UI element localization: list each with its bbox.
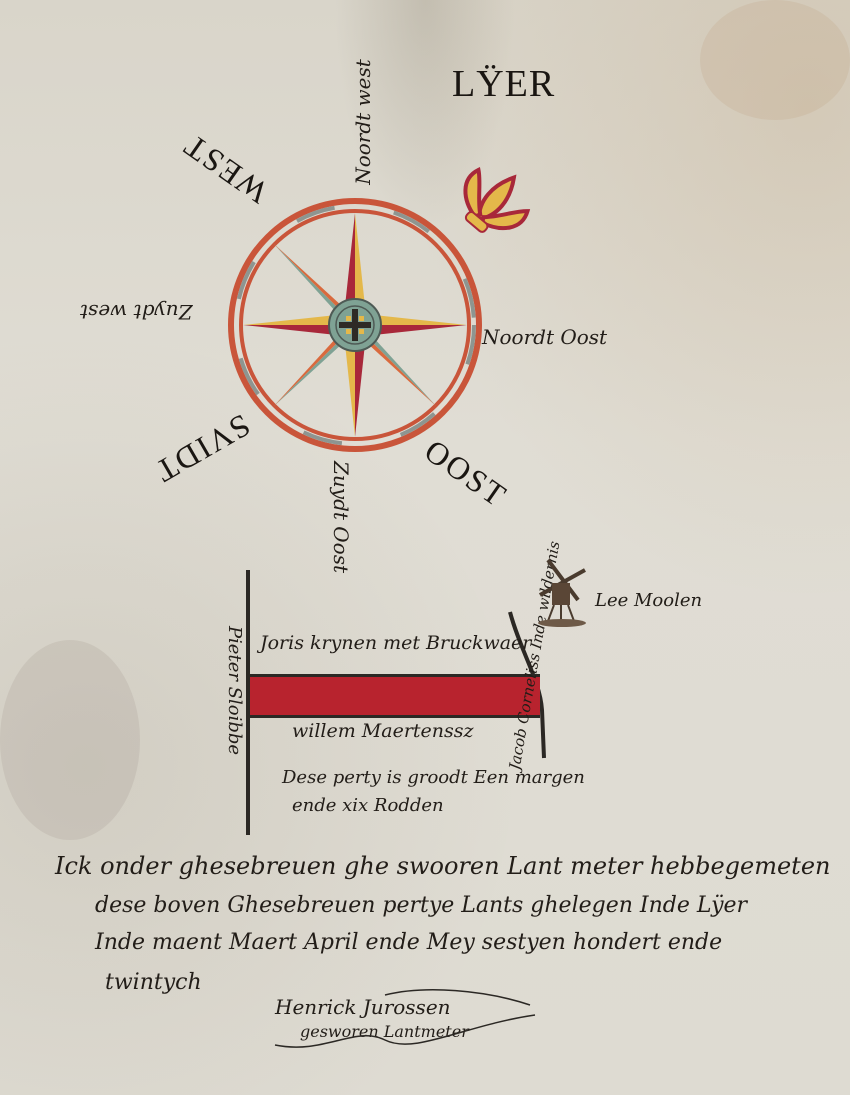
paper-stain	[700, 0, 850, 120]
paper-stain	[0, 640, 140, 840]
label-northeast: Noordt Oost	[482, 325, 607, 349]
map-title: LŸER	[452, 62, 555, 106]
fleur-de-lis-icon	[435, 162, 535, 257]
label-north-neighbor: Joris krynen met Bruckwaer	[260, 632, 531, 654]
certification-line4: twintych	[105, 970, 202, 995]
certification-line1: Ick onder ghesebreuen ghe swooren Lant m…	[55, 852, 830, 880]
windmill-icon	[530, 555, 595, 630]
label-west-neighbor: Pieter Sloibbe	[224, 626, 245, 755]
label-southwest: Zuydt west	[80, 300, 193, 324]
parcel-area[interactable]	[250, 674, 540, 718]
label-northwest: Noordt west	[351, 59, 375, 185]
label-mill: Lee Moolen	[595, 590, 702, 611]
label-south-neighbor: willem Maertenssz	[292, 720, 474, 742]
certification-line2: dese boven Ghesebreuen pertye Lants ghel…	[95, 893, 747, 918]
signature-flourish-icon	[265, 985, 545, 1060]
certification-line3: Inde maent Maert April ende Mey sestyen …	[95, 930, 722, 955]
label-southeast: Zuydt Oost	[329, 461, 353, 573]
area-note-line2: ende xix Rodden	[292, 795, 444, 816]
area-note-line1: Dese perty is groodt Een margen	[282, 767, 585, 788]
